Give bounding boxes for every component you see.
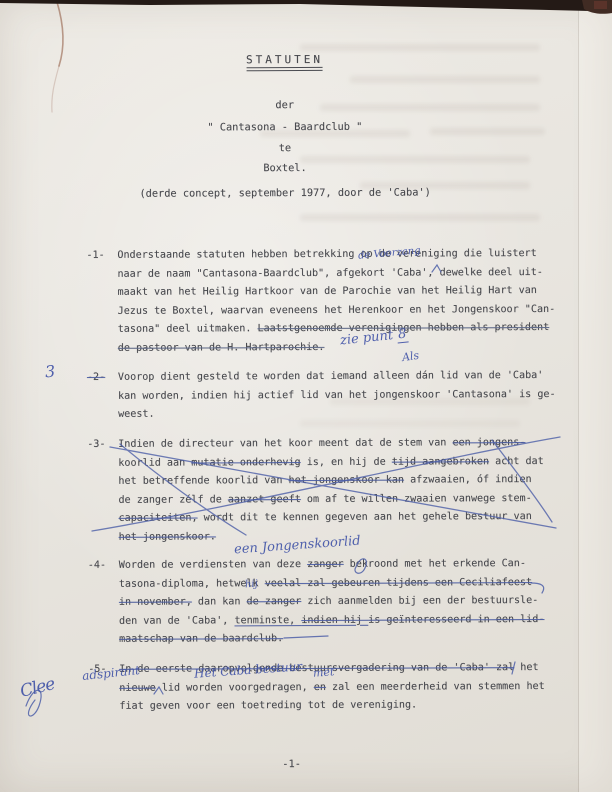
strike-segment: nieuwe <box>119 682 156 693</box>
strike-segment: aanzet geeft <box>228 494 301 505</box>
page-number: -1- <box>2 757 582 772</box>
typed-line: de zanger zélf de aanzet geeft om af te … <box>118 489 570 509</box>
typed-line: naar de naam "Cantasona-Baardclub", afge… <box>117 263 569 283</box>
paragraph-4: -4- Worden de verdiensten van deze zange… <box>119 555 571 649</box>
text-segment: weest. <box>118 409 155 420</box>
typed-line: weest. <box>118 404 570 424</box>
typed-line: in november, dan kan de zanger zich aanm… <box>119 592 571 612</box>
typed-line: Indien de directeur van het koor meent d… <box>118 434 570 454</box>
strike-segment: mutatie onderhevig <box>191 457 300 468</box>
photo-background: STATUTEN der " Cantasona - Baardclub " t… <box>0 0 612 792</box>
header-te: te <box>0 141 571 155</box>
typed-line: Worden de verdiensten van deze zanger be… <box>119 555 571 575</box>
place-line: Boxtel. <box>0 161 571 175</box>
text-segment: zal een meerderheid van stemmen het <box>326 680 545 692</box>
text-segment: fiat geven voor een toetreding tot de ve… <box>119 700 417 712</box>
paragraph-number: -4- <box>88 557 106 576</box>
text-segment: den van de 'Caba', <box>119 615 235 627</box>
text-segment: tasona-diploma, hetwelk <box>119 578 265 590</box>
strike-segment: het jongenskoor kan <box>289 475 405 487</box>
document-page: STATUTEN der " Cantasona - Baardclub " t… <box>0 0 612 792</box>
text-segment: kan worden, indien hij actief lid van he… <box>118 388 556 401</box>
typed-line: koorlid aan mutatie onderhevig is, en hi… <box>118 452 570 472</box>
typed-line: tasona-diploma, hetwelk veelal zal gebeu… <box>119 573 571 593</box>
typed-line: maakt van het Heilig Hartkoor van de Par… <box>118 282 570 302</box>
typed-line: fiat geven voor een toetreding tot de ve… <box>119 696 571 716</box>
text-segment: Indien de directeur van het koor meent d… <box>118 437 452 449</box>
strike-segment: indien hij <box>301 614 368 625</box>
text-segment: bekroond met het erkende Can- <box>344 558 526 570</box>
strike-segment: het jongenskoor. <box>119 531 216 542</box>
strike-segment: en <box>314 681 326 692</box>
text-segment: om af te willen zwaaien vanwege stem- <box>301 493 532 505</box>
text-segment: Voorop dient gesteld te worden dat ieman… <box>118 370 543 383</box>
strike-segment: de zanger <box>247 596 302 607</box>
strike-segment: een jongens- <box>452 437 525 448</box>
strike-segment: veelal zal gebeuren tijdens een Ceciliaf… <box>265 577 532 589</box>
typed-line: Jezus te Boxtel, waarvan eveneens het He… <box>118 300 570 320</box>
text-segment: acht dat <box>489 455 544 466</box>
text-segment: naar de naam "Cantasona-Baardclub", afge… <box>117 267 433 279</box>
strike-segment: capaciteiten, <box>119 512 198 523</box>
handwriting-als: Als <box>401 349 420 364</box>
strike-segment: maatschap van de baardclub. <box>119 633 283 645</box>
strike-segment: in november, <box>119 597 192 608</box>
typed-line: Onderstaande statuten hebben betrekking … <box>117 245 569 265</box>
text-segment: wordt dit te kennen gegeven aan het gehe… <box>198 511 532 523</box>
text-segment: dan kan <box>192 596 247 607</box>
text-segment: tasona" deel uitmaken. <box>118 323 258 335</box>
header-der: der <box>0 98 571 112</box>
paragraph-number: -3- <box>87 436 105 455</box>
handwriting-hij: hij <box>245 578 259 590</box>
typed-line: den van de 'Caba', tenminste, indien hij… <box>119 610 571 630</box>
concept-line: (derde concept, september 1977, door de … <box>0 186 571 200</box>
text-segment: Jezus te Boxtel, waarvan eveneens het He… <box>118 303 556 316</box>
text-segment: Worden de verdiensten van deze <box>119 559 307 571</box>
paragraph-2: -2- Voorop dient gesteld te worden dat i… <box>118 367 570 424</box>
underlined-segment: tenminste, <box>234 615 301 626</box>
strike-segment: zanger <box>307 559 344 570</box>
text-segment: afzwaaien, óf indien <box>404 474 532 486</box>
text-segment: het <box>514 662 538 673</box>
page-title: STATUTEN <box>246 53 323 71</box>
text-segment: de zanger zélf de <box>118 494 227 505</box>
typed-line: Voorop dient gesteld te worden dat ieman… <box>118 367 570 387</box>
paragraph-3: -3- Indien de directeur van het koor mee… <box>118 434 570 547</box>
handwriting-renumber-3: 3 <box>44 362 56 382</box>
paragraph-number: -1- <box>86 247 104 266</box>
handwriting-text: 8 <box>396 327 408 344</box>
typed-line: In de eerste daaropvolgende bestuursverg… <box>119 659 571 679</box>
text-segment: lid worden voorgedragen, <box>156 681 314 693</box>
club-name-line: " Cantasona - Baardclub " <box>0 120 571 134</box>
strike-segment: is geïnteresseerd in een lid- <box>368 613 544 625</box>
text-segment: het betreffende koorlid van <box>118 475 288 487</box>
document-header: STATUTEN <box>0 0 570 1</box>
typed-line: maatschap van de baardclub. <box>119 629 571 649</box>
text-segment: zich aanmelden bij een der bestuursle- <box>301 595 538 607</box>
paragraph-number-struck: -2- <box>87 369 105 388</box>
typed-line: capaciteiten, wordt dit te kennen gegeve… <box>118 508 570 528</box>
typed-line: kan worden, indien hij actief lid van he… <box>118 385 570 405</box>
text-segment: dewelke deel uit- <box>433 266 542 277</box>
strike-segment: de pastoor van de H. Hartparochie. <box>118 341 325 353</box>
text-segment: koorlid aan <box>118 457 191 468</box>
paragraph-5: -5- In de eerste daaropvolgende bestuurs… <box>119 659 571 716</box>
text-segment: maakt van het Heilig Hartkoor van de Par… <box>118 285 537 298</box>
strike-segment: tijd aangebroken <box>392 456 489 467</box>
text-segment: Onderstaande statuten hebben betrekking … <box>117 248 536 261</box>
typed-line: het betreffende koorlid van het jongensk… <box>118 471 570 491</box>
text-segment: is, en hij de <box>301 456 392 467</box>
typed-line: nieuwe lid worden voorgedragen, en zal e… <box>119 677 571 697</box>
handwriting-met: met <box>313 665 335 679</box>
